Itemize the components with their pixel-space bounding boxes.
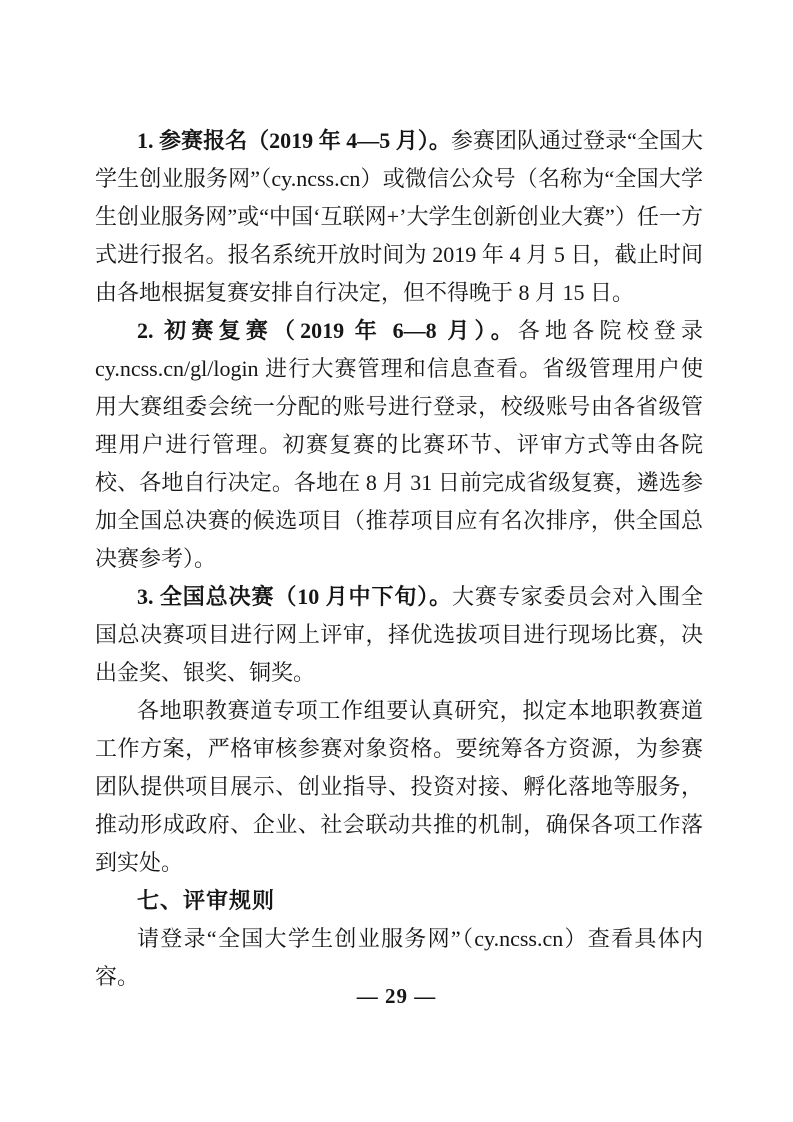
paragraph-preliminary-rounds-text: 各地各院校登录 cy.ncss.cn/gl/login 进行大赛管理和信息查看。… (95, 318, 703, 571)
document-page: 1. 参赛报名（2019 年 4—5 月）。参赛团队通过登录“全国大学生创业服务… (0, 0, 793, 1122)
paragraph-preliminary-rounds-lead: 2. 初赛复赛（2019 年 6—8 月）。 (137, 318, 518, 343)
page-number: — 29 — (0, 984, 793, 1009)
paragraph-national-finals: 3. 全国总决赛（10 月中下旬）。大赛专家委员会对入围全国总决赛项目进行网上评… (95, 578, 703, 692)
document-body: 1. 参赛报名（2019 年 4—5 月）。参赛团队通过登录“全国大学生创业服务… (95, 122, 703, 996)
paragraph-vocational-track: 各地职教赛道专项工作组要认真研究，拟定本地职教赛道工作方案，严格审核参赛对象资格… (95, 692, 703, 882)
paragraph-national-finals-lead: 3. 全国总决赛（10 月中下旬）。 (137, 584, 452, 609)
paragraph-vocational-track-text: 各地职教赛道专项工作组要认真研究，拟定本地职教赛道工作方案，严格审核参赛对象资格… (95, 698, 703, 875)
paragraph-registration-lead: 1. 参赛报名（2019 年 4—5 月）。 (137, 128, 451, 153)
paragraph-registration-text: 参赛团队通过登录“全国大学生创业服务网”（cy.ncss.cn）或微信公众号（名… (95, 128, 703, 305)
paragraph-preliminary-rounds: 2. 初赛复赛（2019 年 6—8 月）。各地各院校登录 cy.ncss.cn… (95, 312, 703, 578)
section-heading-review-rules: 七、评审规则 (95, 882, 703, 920)
paragraph-registration: 1. 参赛报名（2019 年 4—5 月）。参赛团队通过登录“全国大学生创业服务… (95, 122, 703, 312)
